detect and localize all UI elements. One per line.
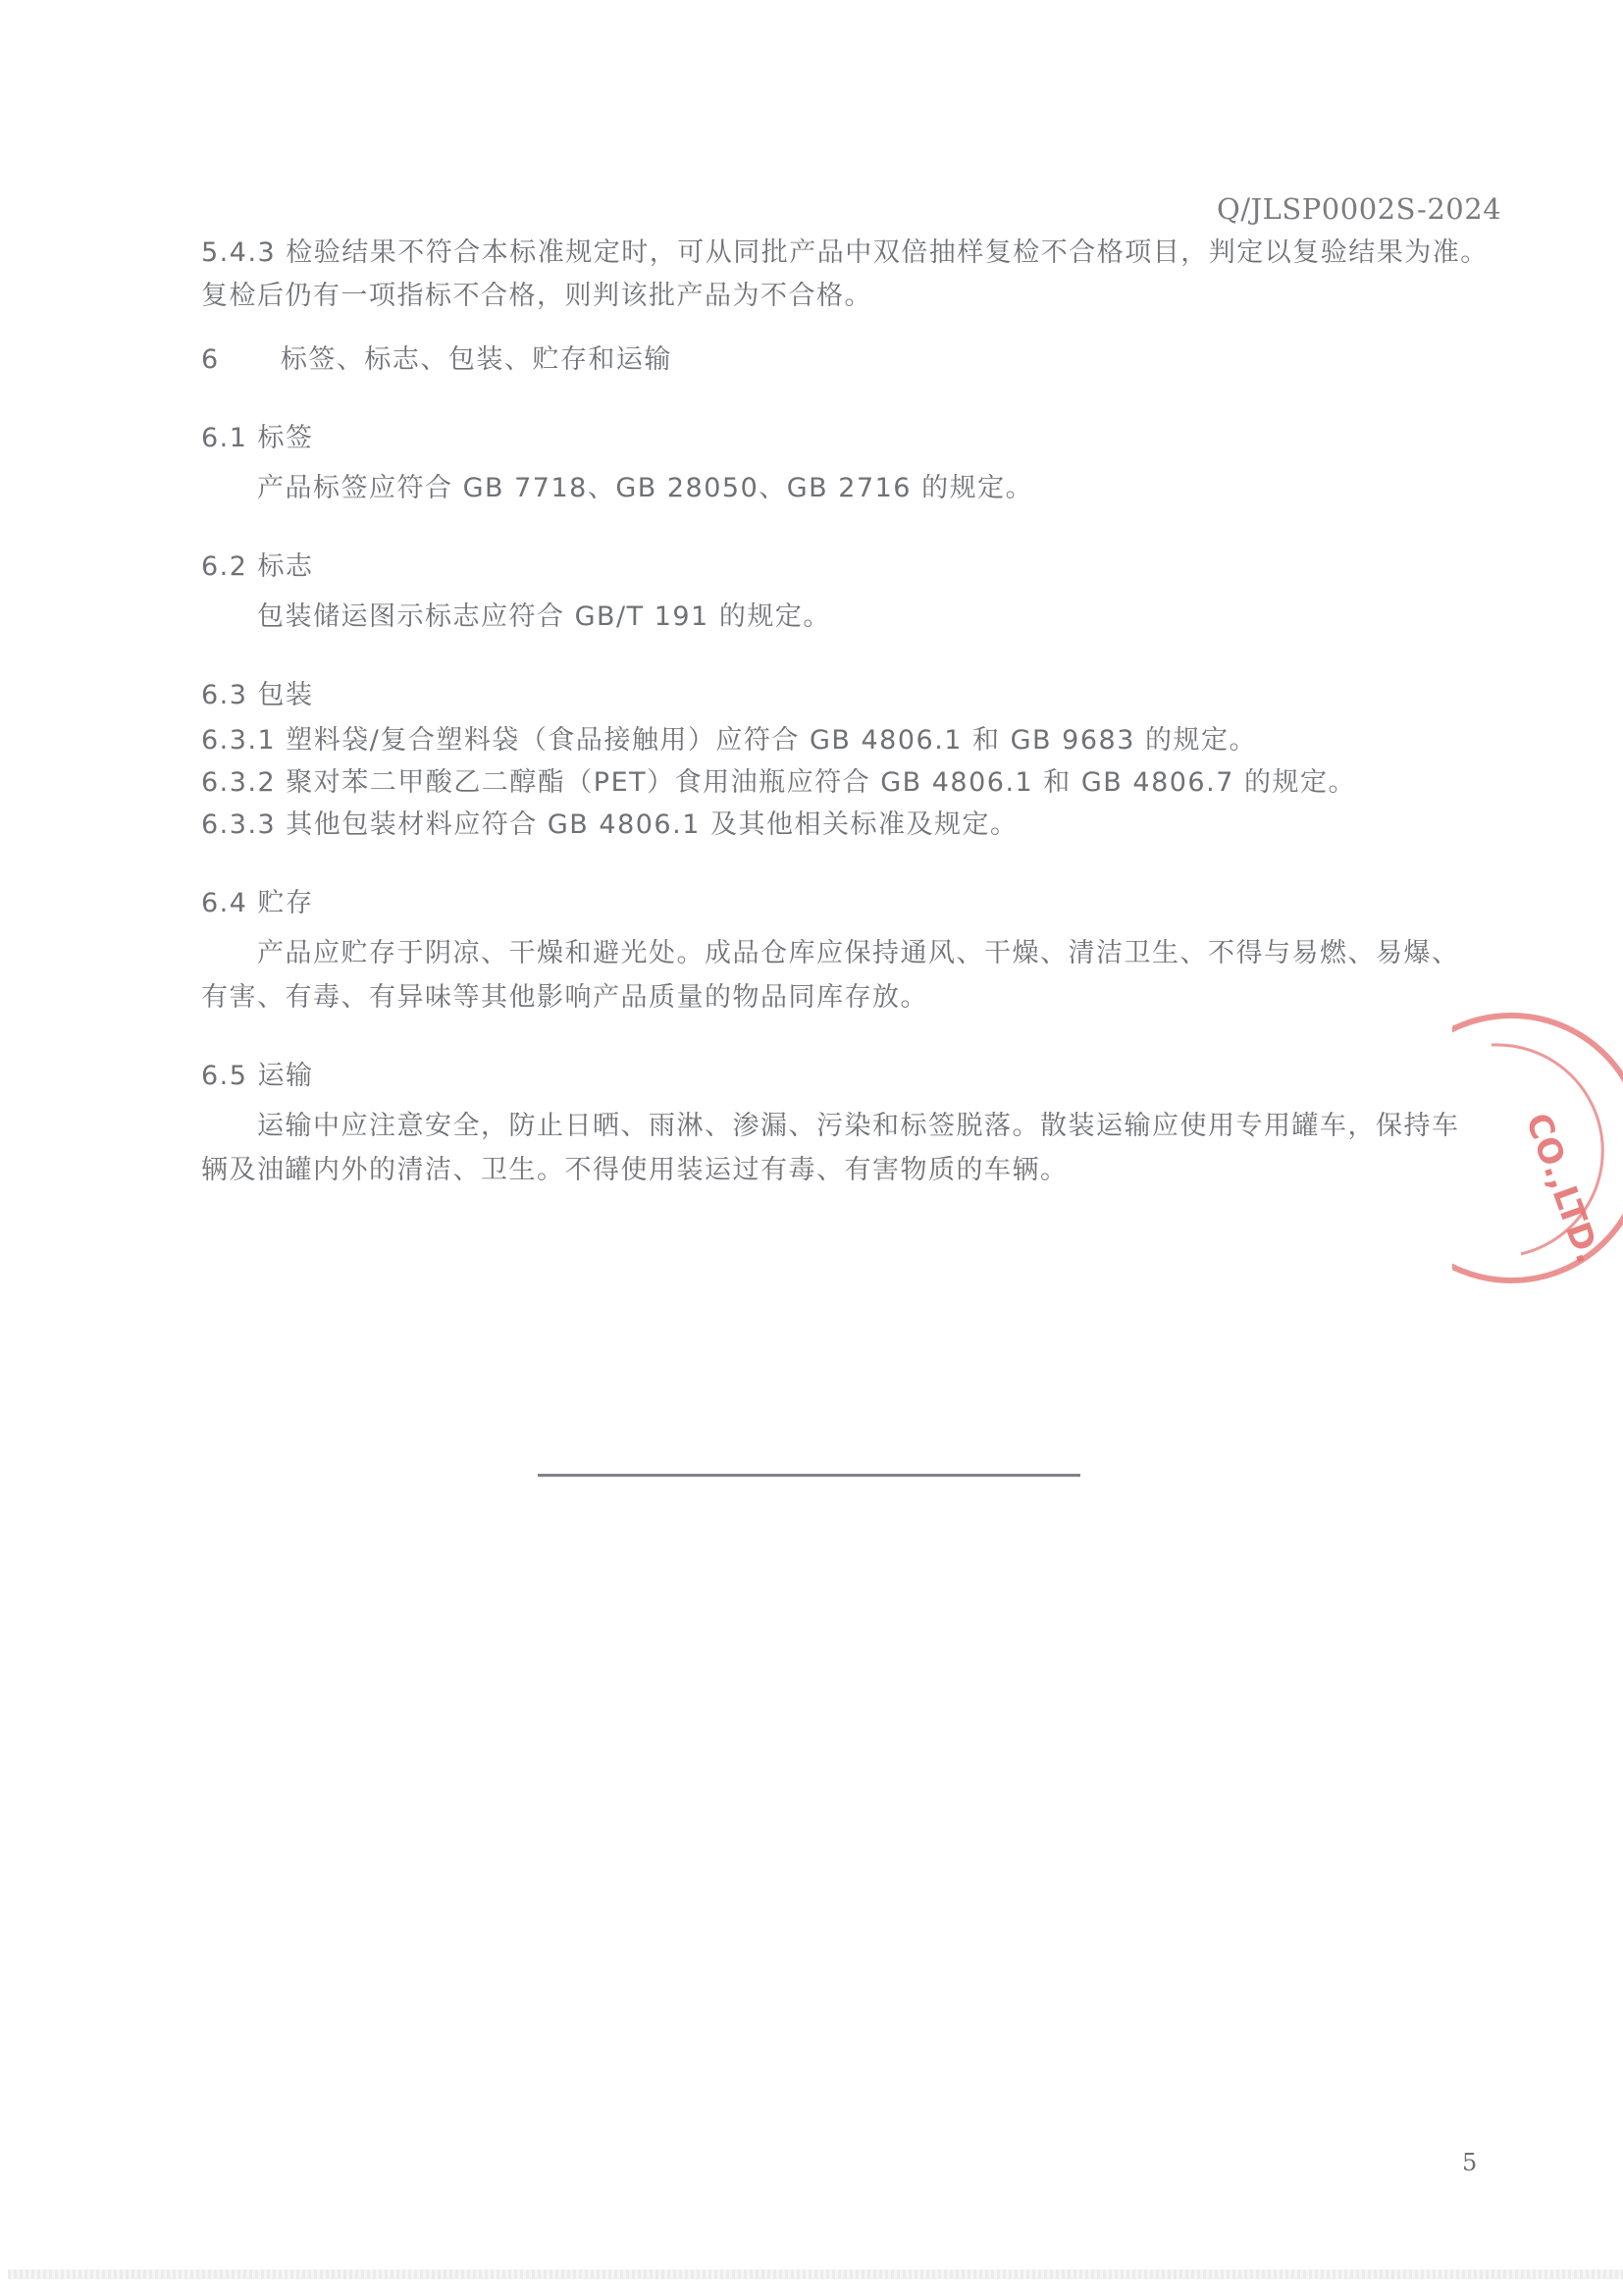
section-6-1-title: 标签 <box>258 423 314 453</box>
section-6-3-number: 6.3 <box>201 680 247 710</box>
section-6-4-heading: 6.4 贮存 <box>201 889 314 918</box>
seal-circle-icon: CO.,LTD. <box>1452 1001 1623 1295</box>
section-6-4-body-line-2: 有害、有毒、有异味等其他影响产品质量的物品同库存放。 <box>201 983 928 1013</box>
section-6-2-title: 标志 <box>258 551 314 582</box>
clause-5-4-3-line-1: 5.4.3 检验结果不符合本标准规定时，可从同批产品中双倍抽样复检不合格项目，判… <box>201 238 1489 268</box>
section-6-heading: 6 标签、标志、包装、贮存和运输 <box>201 345 672 375</box>
section-6-5-body-line-1: 运输中应注意安全，防止日晒、雨淋、渗漏、污染和标签脱落。散装运输应使用专用罐车，… <box>257 1112 1460 1141</box>
section-6-1-body: 产品标签应符合 GB 7718、GB 28050、GB 2716 的规定。 <box>257 474 1033 503</box>
section-6-3-3: 6.3.3 其他包装材料应符合 GB 4806.1 及其他相关标准及规定。 <box>201 810 1018 840</box>
section-6-2-heading: 6.2 标志 <box>201 552 314 582</box>
scan-edge-artifact <box>8 2270 1623 2279</box>
section-6-2-body: 包装储运图示标志应符合 GB/T 191 的规定。 <box>257 602 831 632</box>
document-number: Q/JLSP0002S-2024 <box>1217 192 1501 226</box>
section-6-2-number: 6.2 <box>201 551 247 582</box>
company-seal-stamp: CO.,LTD. <box>1452 1001 1623 1295</box>
section-6-5-body-line-2: 辆及油罐内外的清洁、卫生。不得使用装运过有毒、有害物质的车辆。 <box>201 1156 1069 1185</box>
section-6-1-number: 6.1 <box>201 423 247 453</box>
section-6-title: 标签、标志、包装、贮存和运输 <box>281 344 672 375</box>
section-6-4-number: 6.4 <box>201 888 247 918</box>
section-6-5-title: 运输 <box>258 1061 314 1091</box>
section-6-3-2: 6.3.2 聚对苯二甲酸乙二醇酯（PET）食用油瓶应符合 GB 4806.1 和… <box>201 768 1356 798</box>
section-6-number: 6 <box>201 344 220 375</box>
clause-5-4-3-line-2: 复检后仍有一项指标不合格，则判该批产品为不合格。 <box>201 282 872 311</box>
section-6-3-heading: 6.3 包装 <box>201 681 314 710</box>
section-6-3-title: 包装 <box>258 680 314 710</box>
end-of-document-rule <box>538 1474 1080 1477</box>
section-6-4-body-line-1: 产品应贮存于阴凉、干燥和避光处。成品仓库应保持通风、干燥、清洁卫生、不得与易燃、… <box>257 939 1460 968</box>
section-6-1-heading: 6.1 标签 <box>201 424 314 453</box>
section-6-5-heading: 6.5 运输 <box>201 1062 314 1091</box>
section-6-5-number: 6.5 <box>201 1061 247 1091</box>
page-number: 5 <box>1462 2149 1477 2176</box>
section-6-4-title: 贮存 <box>258 888 314 918</box>
section-6-3-1: 6.3.1 塑料袋/复合塑料袋（食品接触用）应符合 GB 4806.1 和 GB… <box>201 726 1257 756</box>
